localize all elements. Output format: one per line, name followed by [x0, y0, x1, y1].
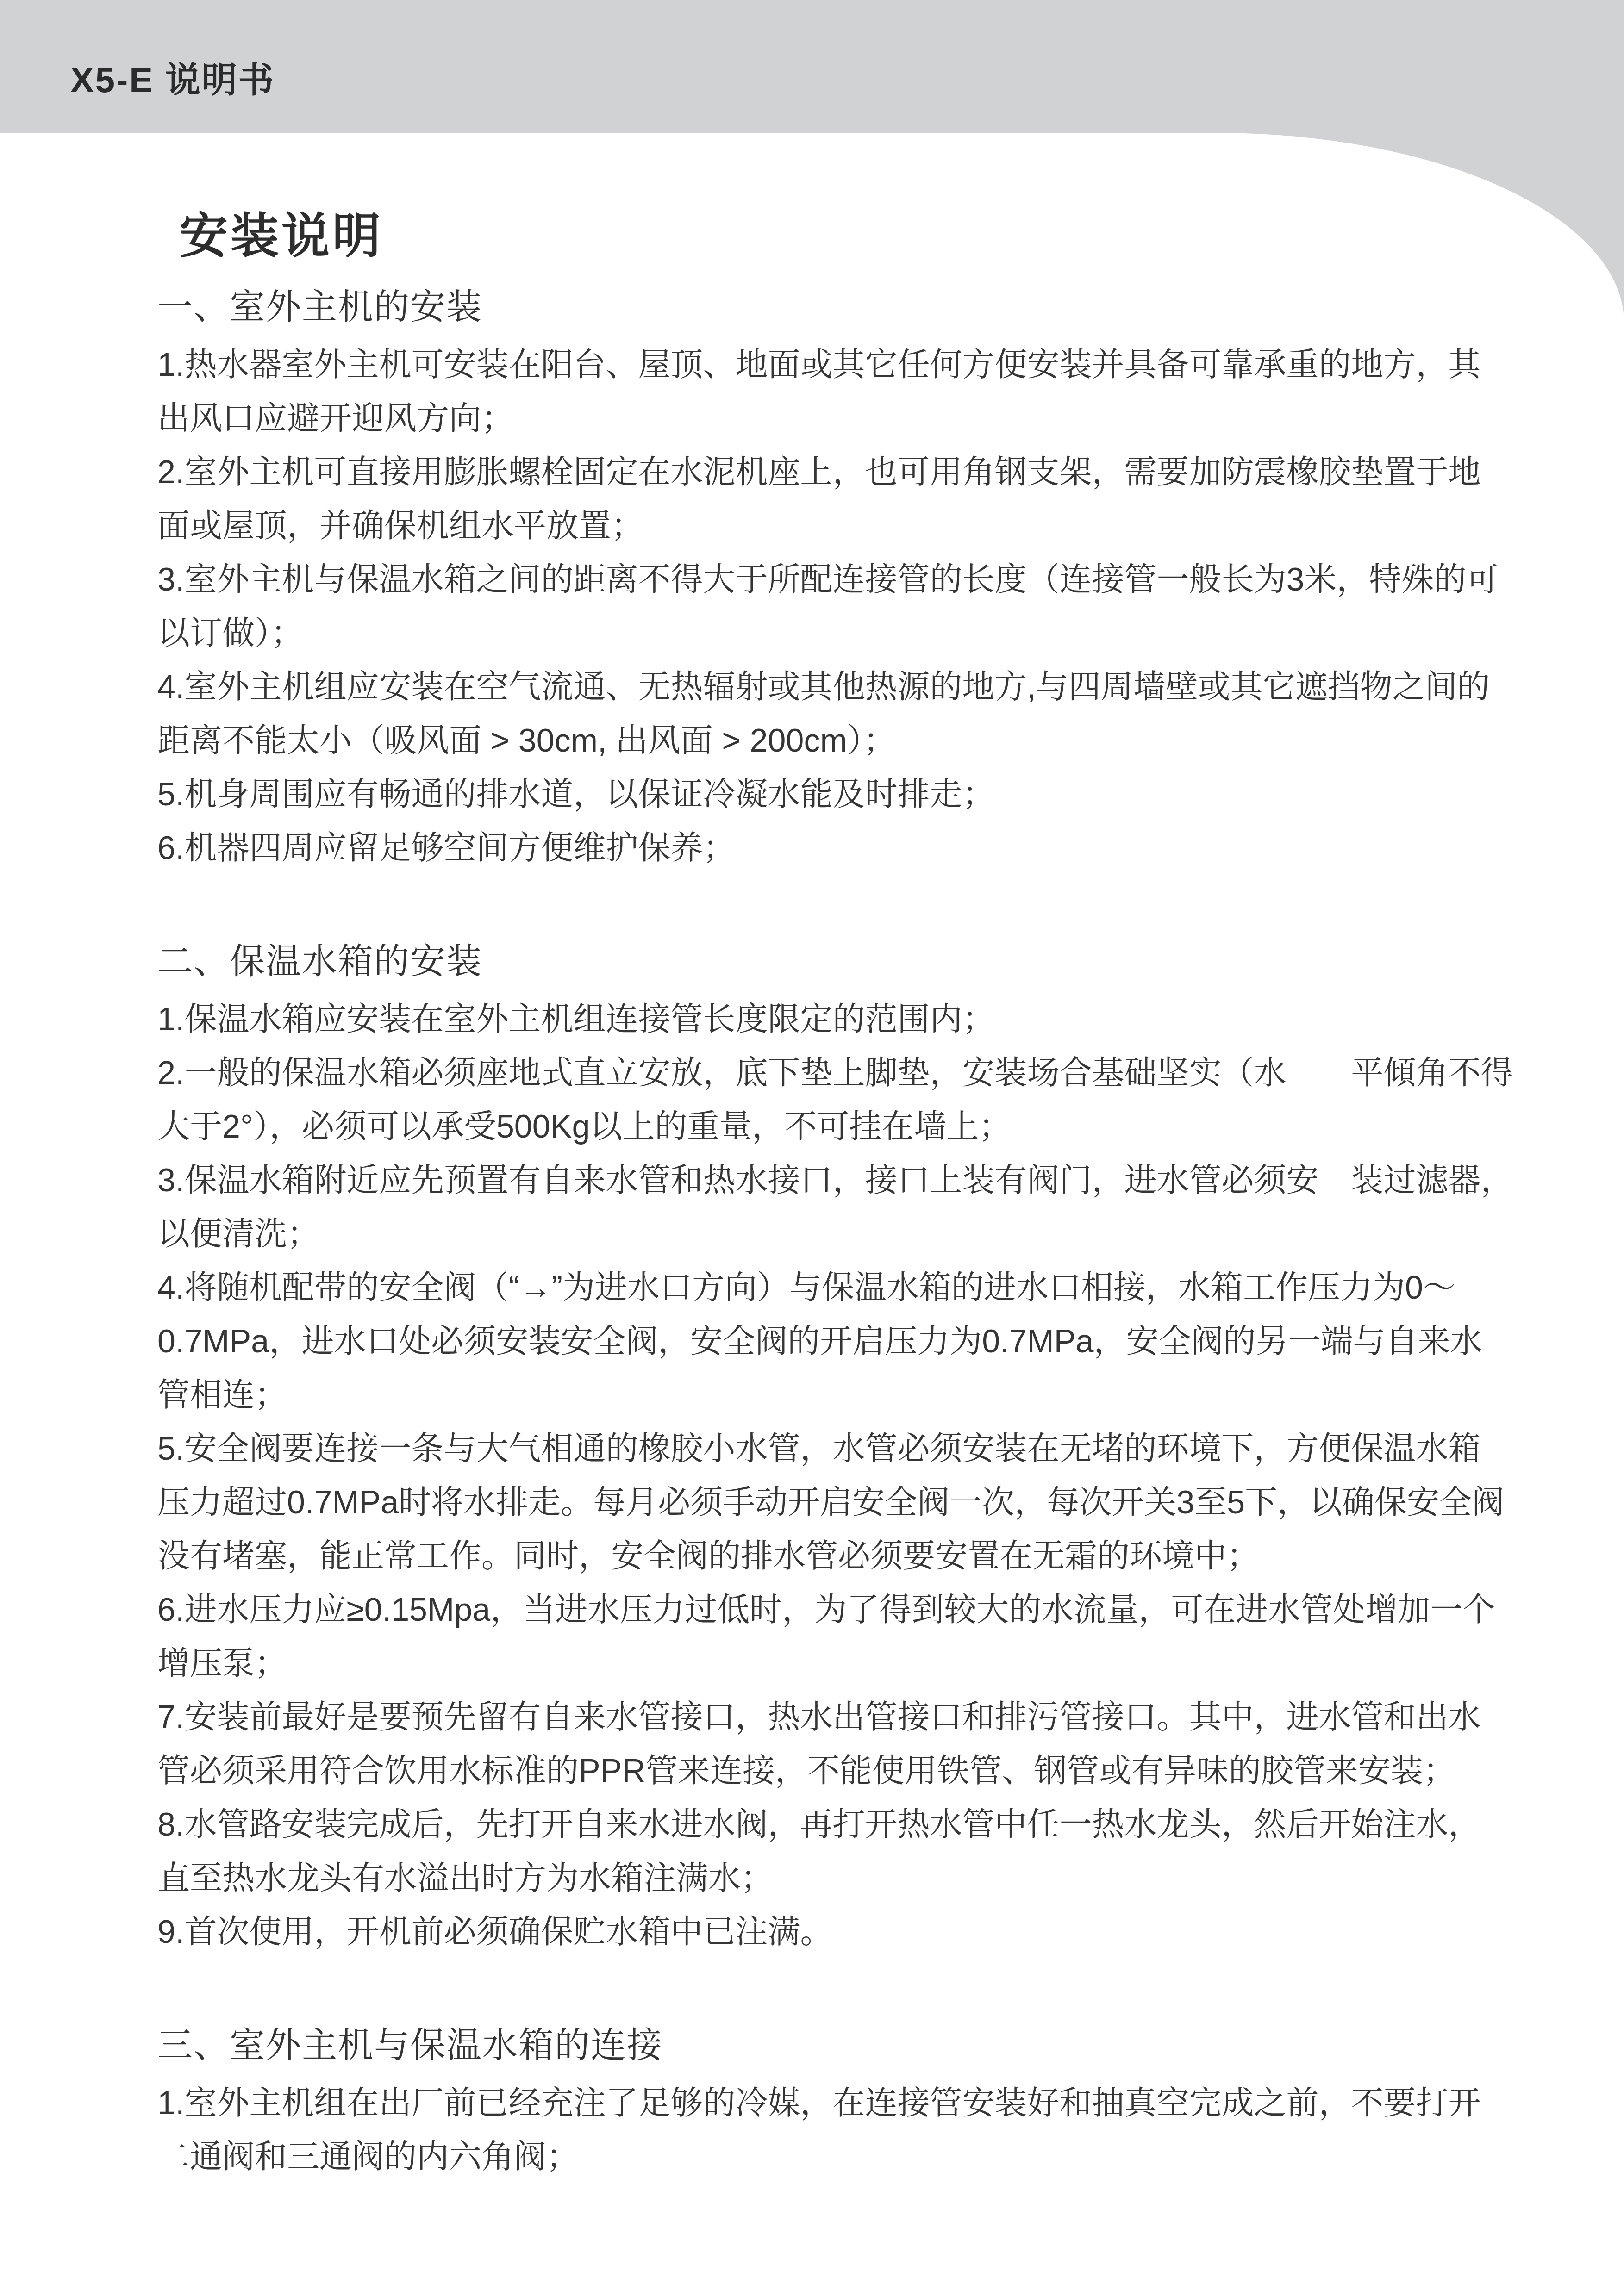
- section-1: 一、室外主机的安装1.热水器室外主机可安装在阳台、屋顶、地面或其它任何方便安装并…: [157, 280, 1491, 875]
- text-line: 0.7MPa，进水口处必须安装安全阀，安全阀的开启压力为0.7MPa，安全阀的另…: [157, 1314, 1491, 1368]
- text-line: 大于2°），必须可以承受500Kg以上的重量，不可挂在墙上；: [157, 1100, 1491, 1153]
- section-3: 三、室外主机与保温水箱的连接1.室外主机组在出厂前已经充注了足够的冷媒，在连接管…: [157, 2019, 1491, 2184]
- section-heading: 一、室外主机的安装: [157, 280, 1491, 334]
- text-line: 3.保温水箱附近应先预置有自来水管和热水接口，接口上装有阀门，进水管必须安 装过…: [157, 1153, 1491, 1207]
- text-line: 增压泵；: [157, 1636, 1491, 1690]
- text-line: 8.水管路安装完成后，先打开自来水进水阀，再打开热水管中任一热水龙头，然后开始注…: [157, 1798, 1491, 1851]
- text-line: 以订做）；: [157, 606, 1491, 660]
- text-line: 直至热水龙头有水溢出时方为水箱注满水；: [157, 1851, 1491, 1905]
- text-line: 2.室外主机可直接用膨胀螺栓固定在水泥机座上，也可用角钢支架，需要加防震橡胶垫置…: [157, 445, 1491, 499]
- text-line: 6.进水压力应≥0.15Mpa，当进水压力过低时，为了得到较大的水流量，可在进水…: [157, 1583, 1491, 1636]
- text-line: 以便清洗；: [157, 1207, 1491, 1261]
- text-line: 4.将随机配带的安全阀（“→”为进水口方向）与保温水箱的进水口相接，水箱工作压力…: [157, 1261, 1491, 1314]
- sections-container: 一、室外主机的安装1.热水器室外主机可安装在阳台、屋顶、地面或其它任何方便安装并…: [157, 280, 1491, 2184]
- text-line: 管相连；: [157, 1368, 1491, 1422]
- text-line: 1.热水器室外主机可安装在阳台、屋顶、地面或其它任何方便安装并具备可靠承重的地方…: [157, 338, 1491, 392]
- text-line: 3.室外主机与保温水箱之间的距离不得大于所配连接管的长度（连接管一般长为3米，特…: [157, 553, 1491, 606]
- text-line: 1.室外主机组在出厂前已经充注了足够的冷媒，在连接管安装好和抽真空完成之前，不要…: [157, 2076, 1491, 2130]
- text-line: 面或屋顶，并确保机组水平放置；: [157, 499, 1491, 553]
- header-title: X5-E 说明书: [70, 52, 275, 102]
- text-line: 4.室外主机组应安装在空气流通、无热辐射或其他热源的地方,与四周墙壁或其它遮挡物…: [157, 660, 1491, 714]
- text-line: 2.一般的保温水箱必须座地式直立安放，底下垫上脚垫，安装场合基础坚实（水 平傾角…: [157, 1046, 1491, 1100]
- text-line: 管必须采用符合饮用水标准的PPR管来连接，不能使用铁管、钢管或有异味的胶管来安装…: [157, 1744, 1491, 1798]
- doc-title: 安装说明: [180, 209, 1491, 264]
- text-line: 6.机器四周应留足够空间方便维护保养；: [157, 821, 1491, 875]
- text-line: 出风口应避开迎风方向；: [157, 392, 1491, 445]
- text-line: 7.安装前最好是要预先留有自来水管接口，热水出管接口和排污管接口。其中，进水管和…: [157, 1690, 1491, 1744]
- text-line: 没有堵塞，能正常工作。同时，安全阀的排水管必须要安置在无霜的环境中；: [157, 1529, 1491, 1583]
- text-line: 二通阀和三通阀的内六角阀；: [157, 2130, 1491, 2184]
- text-line: 5.安全阀要连接一条与大气相通的橡胶小水管，水管必须安装在无堵的环境下，方便保温…: [157, 1422, 1491, 1475]
- text-line: 9.首次使用，开机前必须确保贮水箱中已注满。: [157, 1905, 1491, 1959]
- text-line: 距离不能太小（吸风面 > 30cm, 出风面 > 200cm）；: [157, 714, 1491, 767]
- section-heading: 二、保温水箱的安装: [157, 935, 1491, 989]
- content-column: 安装说明 一、室外主机的安装1.热水器室外主机可安装在阳台、屋顶、地面或其它任何…: [157, 209, 1491, 2184]
- section-2: 二、保温水箱的安装1.保温水箱应安装在室外主机组连接管长度限定的范围内；2.一般…: [157, 935, 1491, 1959]
- text-line: 压力超过0.7MPa时将水排走。每月必须手动开启安全阀一次，每次开关3至5下，以…: [157, 1475, 1491, 1529]
- text-line: 1.保温水箱应安装在室外主机组连接管长度限定的范围内；: [157, 992, 1491, 1046]
- text-line: 5.机身周围应有畅通的排水道，以保证冷凝水能及时排走；: [157, 767, 1491, 821]
- section-heading: 三、室外主机与保温水箱的连接: [157, 2019, 1491, 2072]
